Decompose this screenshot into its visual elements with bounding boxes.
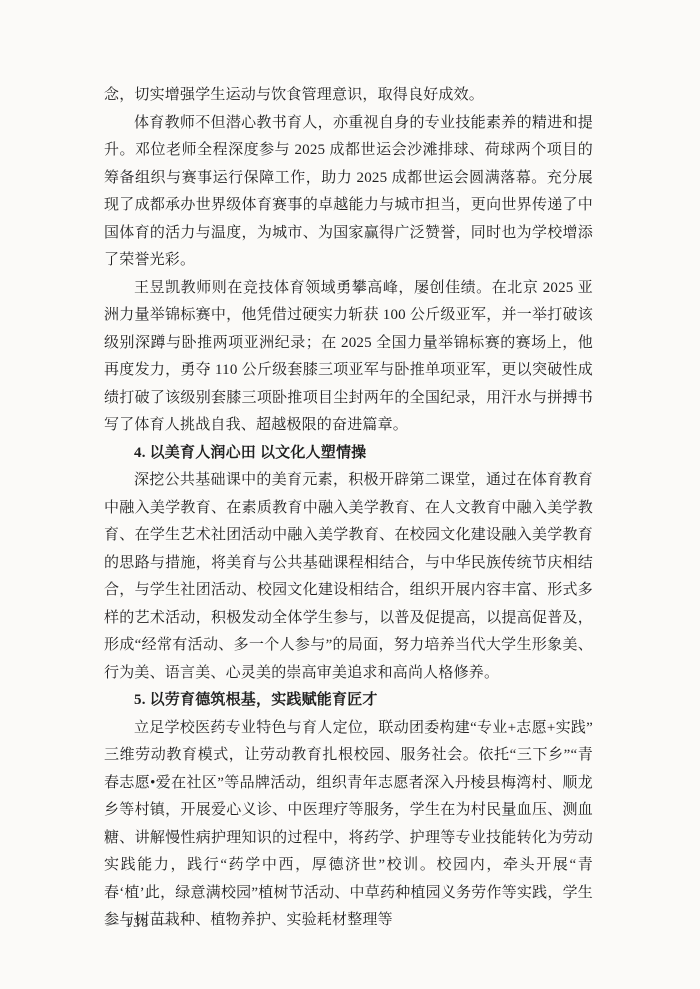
paragraph: 念，切实增强学生运动与饮食管理意识，取得良好成效。 bbox=[104, 82, 593, 110]
document-page: 念，切实增强学生运动与饮食管理意识，取得良好成效。体育教师不但潜心教书育人，亦重… bbox=[0, 0, 700, 989]
page-number: — 138 — bbox=[105, 914, 170, 932]
paragraph: 立足学校医药专业特色与育人定位，联动团委构建“专业+志愿+实践”三维劳动教育模式… bbox=[104, 715, 593, 935]
document-body: 念，切实增强学生运动与饮食管理意识，取得良好成效。体育教师不但潜心教书育人，亦重… bbox=[104, 82, 593, 935]
section-heading: 4. 以美育人润心田 以文化人塑情操 bbox=[104, 440, 593, 468]
paragraph: 深挖公共基础课中的美育元素，积极开辟第二课堂，通过在体育教育中融入美学教育、在素… bbox=[104, 467, 593, 687]
section-heading: 5. 以劳育德筑根基，实践赋能育匠才 bbox=[104, 687, 593, 715]
paragraph: 王昱凯教师则在竞技体育领域勇攀高峰，屡创佳绩。在北京 2025 亚洲力量举锦标赛… bbox=[104, 275, 593, 440]
paragraph: 体育教师不但潜心教书育人，亦重视自身的专业技能素养的精进和提升。邓位老师全程深度… bbox=[104, 110, 593, 275]
